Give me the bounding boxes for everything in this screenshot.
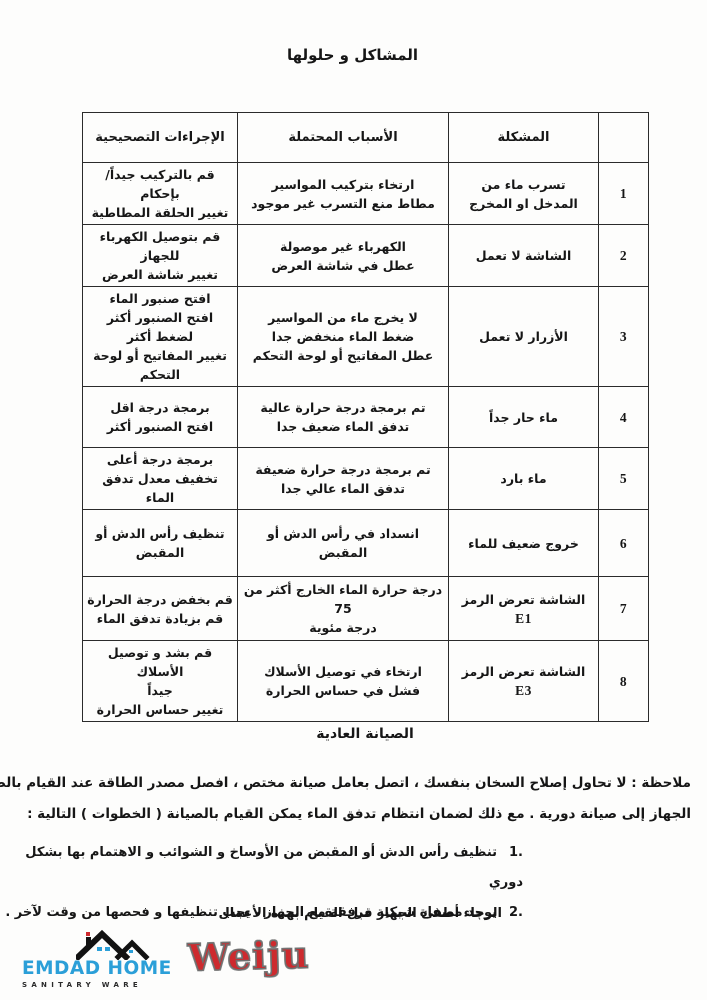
problem-cell: الشاشة لا تعمل: [449, 225, 599, 287]
header-problem: المشكلة: [449, 113, 599, 163]
header-number: [599, 113, 649, 163]
actions-cell: قم بشد و توصيل الأسلاكجيداًتغيير حساس ال…: [83, 641, 238, 722]
actions-cell: تنظيف رأس الدش أوالمقبض: [83, 510, 238, 577]
row-number-cell: 7: [599, 577, 649, 641]
actions-cell: قم بخفض درجة الحرارةقم بزيادة تدفق الماء: [83, 577, 238, 641]
footer-note: الرجاء أطفئ الجهاز قبل القيام بهذه الأعم…: [219, 901, 502, 927]
causes-cell: ارتخاء في توصيل الأسلاكفشل في حساس الحرا…: [238, 641, 449, 722]
row-number-cell: 1: [599, 163, 649, 225]
step-text: تنظيف رأس الدش أو المقبض من الأوساخ و ال…: [25, 845, 523, 890]
problem-cell: الشاشة تعرض الرمزE3: [449, 641, 599, 722]
table-row: 4ماء حار جداًتم برمجة درجة حرارة عاليةتد…: [83, 387, 649, 448]
table-row: 3الأزرار لا تعمللا يخرج ماء من المواسيرض…: [83, 287, 649, 387]
header-actions: الإجراءات التصحيحية: [83, 113, 238, 163]
troubleshooting-table: المشكلة الأسباب المحتملة الإجراءات التصح…: [82, 112, 649, 722]
causes-cell: تم برمجة درجة حرارة ضعيفةتدفق الماء عالي…: [238, 448, 449, 510]
table-row: 8الشاشة تعرض الرمزE3ارتخاء في توصيل الأس…: [83, 641, 649, 722]
header-causes: الأسباب المحتملة: [238, 113, 449, 163]
problem-cell: ماء حار جداً: [449, 387, 599, 448]
problem-cell: ماء بارد: [449, 448, 599, 510]
table-body: 1تسرب ماء منالمدخل او المخرجارتخاء بتركي…: [83, 163, 649, 722]
footer-logos: EMDAD HOME SANITARY WARE Weiju: [0, 928, 330, 994]
actions-cell: برمجة درجة اقلافتح الصنبور أكثر: [83, 387, 238, 448]
causes-cell: انسداد في رأس الدش أو المقبض: [238, 510, 449, 577]
manual-page: المشاكل و حلولها المشكلة الأسباب المحتمل…: [0, 0, 707, 1000]
maintenance-note: ملاحظة : لا تحاول إصلاح السخان بنفسك ، ا…: [14, 768, 691, 830]
step-number: 1.: [509, 838, 523, 868]
weiju-logo: Weiju: [187, 932, 310, 979]
problem-cell: الشاشة تعرض الرمزE1: [449, 577, 599, 641]
emdad-logo-text: EMDAD HOME: [22, 958, 170, 979]
actions-cell: افتح صنبور الماءافتح الصنبور أكثر لضغط أ…: [83, 287, 238, 387]
row-number-cell: 3: [599, 287, 649, 387]
causes-cell: درجة حرارة الماء الخارج أكثر من 75درجة م…: [238, 577, 449, 641]
table-row: 2الشاشة لا تعملالكهرباء غير موصولةعطل في…: [83, 225, 649, 287]
table-row: 5ماء باردتم برمجة درجة حرارة ضعيفةتدفق ا…: [83, 448, 649, 510]
row-number-cell: 5: [599, 448, 649, 510]
page-title: المشاكل و حلولها: [82, 46, 648, 64]
maintenance-step: 1.تنظيف رأس الدش أو المقبض من الأوساخ و …: [0, 838, 523, 898]
actions-cell: برمجة درجة أعلىتخفيف معدل تدفق الماء: [83, 448, 238, 510]
row-number-cell: 4: [599, 387, 649, 448]
table-row: 1تسرب ماء منالمدخل او المخرجارتخاء بتركي…: [83, 163, 649, 225]
emdad-home-logo: EMDAD HOME SANITARY WARE: [22, 932, 170, 989]
step-number: 2.: [509, 898, 523, 928]
maintenance-title: الصيانة العادية: [82, 726, 648, 742]
problem-cell: الأزرار لا تعمل: [449, 287, 599, 387]
problem-cell: تسرب ماء منالمدخل او المخرج: [449, 163, 599, 225]
row-number-cell: 2: [599, 225, 649, 287]
actions-cell: قم بتوصيل الكهرباء للجهازتغيير شاشة العر…: [83, 225, 238, 287]
emdad-logo-subtitle: SANITARY WARE: [22, 981, 170, 989]
table-row: 6خروج ضعيف للماءانسداد في رأس الدش أو ال…: [83, 510, 649, 577]
note-line-2: الجهاز إلى صيانة دورية . مع ذلك لضمان ان…: [14, 799, 691, 830]
table-row: 7الشاشة تعرض الرمزE1درجة حرارة الماء الخ…: [83, 577, 649, 641]
row-number-cell: 8: [599, 641, 649, 722]
problem-cell: خروج ضعيف للماء: [449, 510, 599, 577]
table-header-row: المشكلة الأسباب المحتملة الإجراءات التصح…: [83, 113, 649, 163]
causes-cell: ارتخاء بتركيب المواسيرمطاط منع التسرب غي…: [238, 163, 449, 225]
row-number-cell: 6: [599, 510, 649, 577]
actions-cell: قم بالتركيب جيداً/بإحكامتغيير الحلقة الم…: [83, 163, 238, 225]
house-roof-icon: [76, 928, 150, 960]
note-line-1: ملاحظة : لا تحاول إصلاح السخان بنفسك ، ا…: [14, 768, 691, 799]
causes-cell: لا يخرج ماء من المواسيرضغط الماء منخفض ج…: [238, 287, 449, 387]
causes-cell: تم برمجة درجة حرارة عاليةتدفق الماء ضعيف…: [238, 387, 449, 448]
causes-cell: الكهرباء غير موصولةعطل في شاشة العرض: [238, 225, 449, 287]
